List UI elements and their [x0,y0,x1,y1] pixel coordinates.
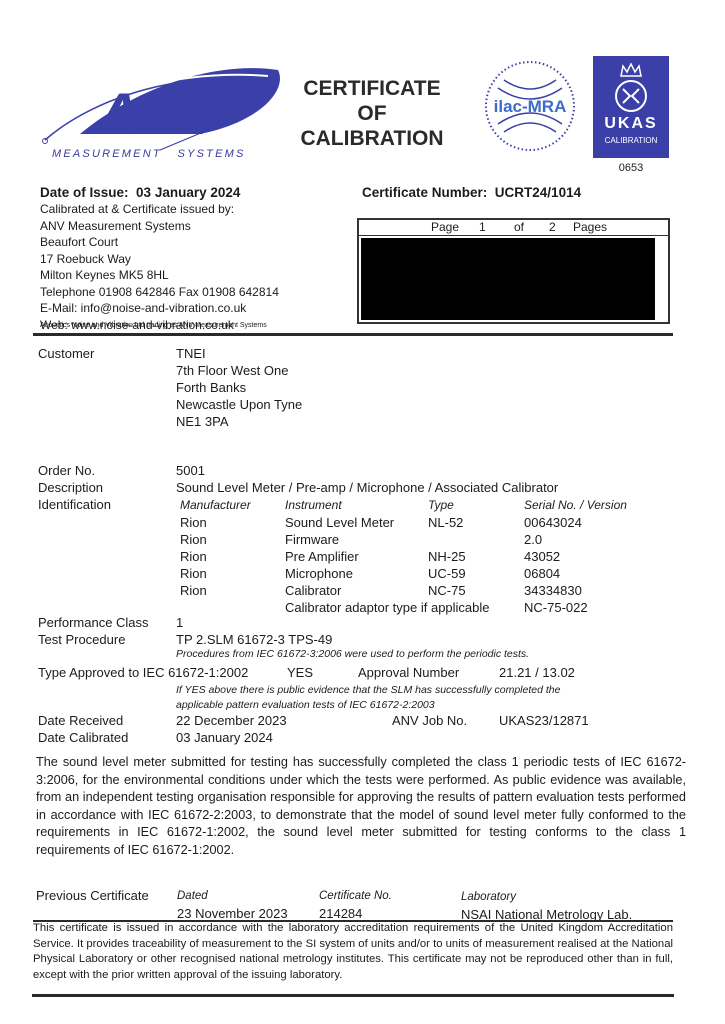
procedure-label: Test Procedure [38,631,125,648]
date-calibrated-value: 03 January 2024 [176,729,273,746]
procedure-note: Procedures from IEC 61672-3:2006 were us… [176,648,529,660]
cell: 34334830 [524,582,582,599]
cell: NC-75 [428,582,524,599]
date-received-label: Date Received [38,712,123,729]
previous-dated-header: Dated [177,890,208,902]
of-word: of [514,220,524,235]
date-of-issue-label: Date of Issue: [40,185,129,200]
approval-number-label: Approval Number [358,664,459,681]
cell: 06804 [524,565,560,582]
page-total: 2 [549,220,556,235]
col-type: Type [428,497,524,514]
logo-subtitle: Measurement Systems [52,148,246,160]
cell: Rion [180,514,285,531]
ilac-text: ilac-MRA [494,97,567,116]
certificate-number-label: Certificate Number: [362,185,487,200]
issuer-line: Beaufort Court [40,234,279,251]
customer-line: 7th Floor West One [176,362,302,379]
previous-lab-header: Laboratory [461,891,516,903]
cell: Rion [180,565,285,582]
description-label: Description [38,479,103,496]
cell: Sound Level Meter [285,514,428,531]
performance-label: Performance Class [38,614,149,631]
issuer-line: ANV Measurement Systems [40,218,279,235]
crown-icon [593,56,669,114]
title-line: CERTIFICATE [292,76,452,101]
cell: Pre Amplifier [285,548,428,565]
ukas-accreditation-number: 0653 [593,162,669,174]
order-value: 5001 [176,462,205,479]
cell: Rion [180,531,285,548]
table-row: Rion Sound Level Meter NL-52 00643024 [180,514,660,531]
certificate-title: CERTIFICATE OF CALIBRATION [292,76,452,151]
ukas-sub: CALIBRATION [593,134,669,148]
cell: 43052 [524,548,560,565]
type-approved-label: Type Approved to IEC 61672-1:2002 [38,664,248,681]
divider [32,994,674,997]
issuer-address: Calibrated at & Certificate issued by: A… [40,201,279,333]
customer-line: Forth Banks [176,379,302,396]
job-number-label: ANV Job No. [392,712,467,729]
date-of-issue: Date of Issue: 03 January 2024 [40,185,240,200]
conformance-statement: The sound level meter submitted for test… [36,754,686,859]
ukas-text: UKAS [593,114,669,134]
table-row: Rion Pre Amplifier NH-25 43052 [180,548,660,565]
cell: Rion [180,582,285,599]
adaptor-label: Calibrator adaptor type if applicable [285,599,524,616]
page-current: 1 [479,220,486,235]
approval-note-line: applicable pattern evaluation tests of I… [176,698,560,713]
table-row: Rion Microphone UC-59 06804 [180,565,660,582]
title-line: OF [292,101,452,126]
date-received-value: 22 December 2023 [176,712,287,729]
adaptor-row: Calibrator adaptor type if applicable NC… [180,599,660,616]
issuer-line: Milton Keynes MK5 8HL [40,267,279,284]
identification-label: Identification [38,496,111,513]
cell: UC-59 [428,565,524,582]
col-instrument: Instrument [285,497,428,514]
pages-word: Pages [573,220,607,235]
previous-certificate-label: Previous Certificate [36,887,149,904]
accreditation-footer: This certificate is issued in accordance… [33,921,673,983]
identification-table: Manufacturer Instrument Type Serial No. … [180,497,660,616]
order-label: Order No. [38,462,95,479]
approval-note-line: If YES above there is public evidence th… [176,683,560,698]
customer-line: TNEI [176,345,302,362]
trading-note: Acoustics Noise and Vibration Ltd tradin… [40,322,267,329]
logo-subtitle-1: Measurement [52,148,162,160]
col-manufacturer: Manufacturer [180,497,285,514]
divider [33,333,673,336]
cell: Firmware [285,531,428,548]
type-approved-value: YES [287,664,313,681]
cell: 00643024 [524,514,582,531]
performance-value: 1 [176,614,183,631]
issuer-email: E-Mail: info@noise-and-vibration.co.uk [40,300,279,317]
cell: Calibrator [285,582,428,599]
anv-logo-letters: ANV [96,82,225,147]
cell: NL-52 [428,514,524,531]
customer-label: Customer [38,345,94,362]
adaptor-value: NC-75-022 [524,599,588,616]
cell: NH-25 [428,548,524,565]
issuer-line: Calibrated at & Certificate issued by: [40,201,279,218]
previous-certno-header: Certificate No. [319,890,392,902]
issuer-line: Telephone 01908 642846 Fax 01908 642814 [40,284,279,301]
page-indicator: Page 1 of 2 Pages [359,220,668,236]
job-number-value: UKAS23/12871 [499,712,589,729]
procedure-value: TP 2.SLM 61672-3 TPS-49 [176,631,332,648]
certificate-number-value: UCRT24/1014 [495,185,581,200]
ilac-mra-logo: ilac-MRA [484,54,576,158]
logo-subtitle-2: Systems [178,148,246,160]
table-row: Rion Firmware 2.0 [180,531,660,548]
page-word: Page [431,220,459,235]
approval-number-value: 21.21 / 13.02 [499,664,575,681]
ukas-logo: UKAS CALIBRATION [593,56,669,158]
cell: 2.0 [524,531,542,548]
col-serial: Serial No. / Version [524,497,627,514]
approval-note: If YES above there is public evidence th… [176,683,560,713]
customer-address: TNEI 7th Floor West One Forth Banks Newc… [176,345,302,430]
certificate-number: Certificate Number: UCRT24/1014 [362,185,581,200]
description-value: Sound Level Meter / Pre-amp / Microphone… [176,479,558,496]
date-of-issue-value: 03 January 2024 [136,185,240,200]
customer-line: NE1 3PA [176,413,302,430]
cell [428,531,524,548]
title-line: CALIBRATION [292,126,452,151]
cell: Rion [180,548,285,565]
date-calibrated-label: Date Calibrated [38,729,128,746]
page-box: Page 1 of 2 Pages [357,218,670,324]
redacted-block [361,238,655,320]
cell: Microphone [285,565,428,582]
issuer-line: 17 Roebuck Way [40,251,279,268]
identification-header: Manufacturer Instrument Type Serial No. … [180,497,660,514]
customer-line: Newcastle Upon Tyne [176,396,302,413]
table-row: Rion Calibrator NC-75 34334830 [180,582,660,599]
